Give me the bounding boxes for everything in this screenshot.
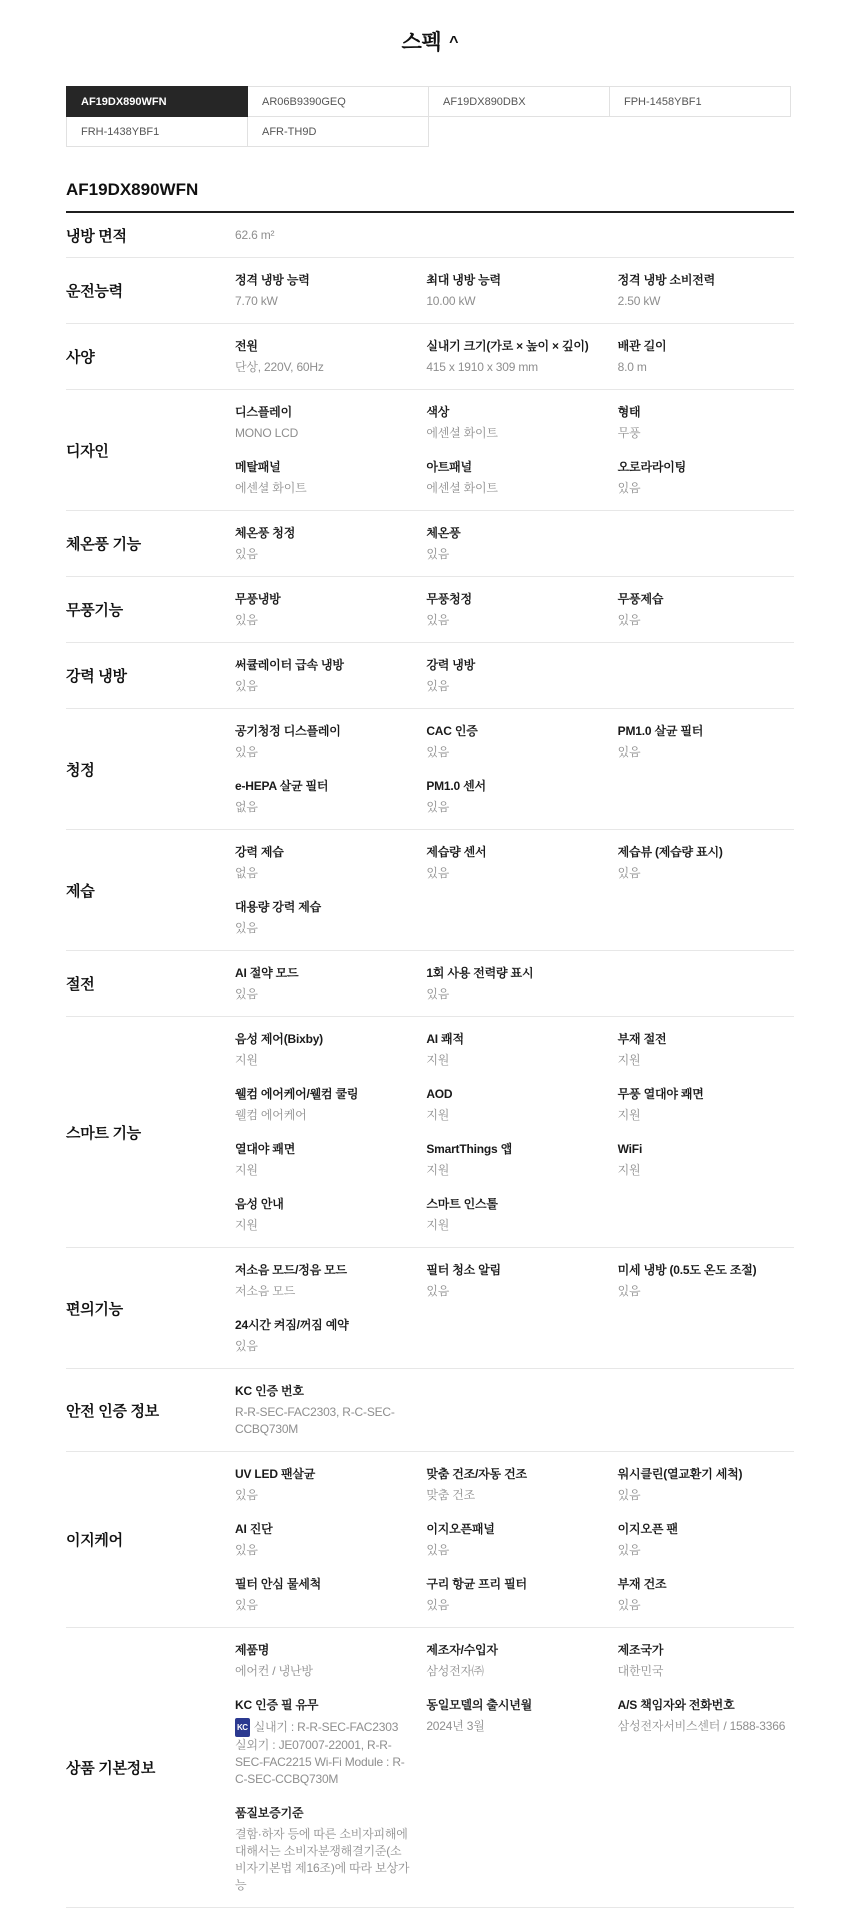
- spec-item: 구리 항균 프리 필터 있음: [426, 1567, 602, 1622]
- spec-item: e-HEPA 살균 필터 없음: [235, 769, 411, 824]
- spec-item-value: 있음: [426, 1542, 602, 1559]
- spec-item: 필터 청소 알림 있음: [426, 1253, 602, 1308]
- spec-item-label: 제습뷰 (제습량 표시): [618, 844, 794, 860]
- spec-item: KC 인증 필 유무 KC실내기 : R-R-SEC-FAC2303 실외기 :…: [235, 1688, 411, 1796]
- spec-item-label: UV LED 팬살균: [235, 1466, 411, 1482]
- spec-item-label: CAC 인증: [426, 723, 602, 739]
- kc-certification-icon: KC: [235, 1718, 250, 1737]
- spec-item-value: 에센셜 화이트: [426, 480, 602, 497]
- spec-section-row: 절전 AI 절약 모드 있음 1회 사용 전력량 표시 있음: [66, 951, 794, 1017]
- spec-item: PM1.0 살균 필터 있음: [618, 714, 794, 769]
- spec-item-value: 있음: [618, 1487, 794, 1504]
- spec-section-row: 스마트 기능 음성 제어(Bixby) 지원 AI 쾌적 지원 부재 절전 지원…: [66, 1017, 794, 1248]
- spec-item: AI 진단 있음: [235, 1512, 411, 1567]
- model-tab-label: AFR-TH9D: [262, 126, 316, 138]
- spec-item: WiFi 지원: [618, 1132, 794, 1187]
- spec-item-label: 부재 건조: [618, 1576, 794, 1592]
- spec-items: UV LED 팬살균 있음 맞춤 건조/자동 건조 맞춤 건조 워시클린(열교환…: [235, 1457, 794, 1622]
- spec-item-label: 제습량 센서: [426, 844, 602, 860]
- spec-section-row: 체온풍 기능 체온풍 청정 있음 체온풍 있음: [66, 511, 794, 577]
- spec-section-row: 무풍기능 무풍냉방 있음 무풍청정 있음 무풍제습 있음: [66, 577, 794, 643]
- spec-item-label: 써큘레이터 급속 냉방: [235, 657, 411, 673]
- spec-item-label: 1회 사용 전력량 표시: [426, 965, 602, 981]
- spec-item: 이지오픈패널 있음: [426, 1512, 602, 1567]
- model-tab-label: AF19DX890DBX: [443, 96, 526, 108]
- spec-item-label: 24시간 켜짐/꺼짐 예약: [235, 1317, 411, 1333]
- chevron-up-icon: ^: [449, 34, 458, 51]
- spec-item: 정격 냉방 소비전력 2.50 kW: [618, 263, 794, 318]
- spec-items: 써큘레이터 급속 냉방 있음 강력 냉방 있음: [235, 648, 794, 703]
- spec-item-label: e-HEPA 살균 필터: [235, 778, 411, 794]
- spec-item: 공기청정 디스플레이 있음: [235, 714, 411, 769]
- spec-item-value: 있음: [235, 986, 411, 1003]
- spec-item-label: 디스플레이: [235, 404, 411, 420]
- spec-section-label: 디자인: [66, 395, 235, 505]
- spec-item: 음성 안내 지원: [235, 1187, 411, 1242]
- spec-section-label: 운전능력: [66, 263, 235, 318]
- spec-item: CAC 인증 있음: [426, 714, 602, 769]
- spec-item: 부재 건조 있음: [618, 1567, 794, 1622]
- spec-section-label: 체온풍 기능: [66, 516, 235, 571]
- spec-items: 공기청정 디스플레이 있음 CAC 인증 있음 PM1.0 살균 필터 있음 e…: [235, 714, 794, 824]
- spec-item-value: 맞춤 건조: [426, 1487, 602, 1504]
- spec-item-label: 메탈패널: [235, 459, 411, 475]
- spec-item: 62.6 m²: [235, 218, 411, 252]
- spec-item-label: 전원: [235, 338, 411, 354]
- spec-item: 제습뷰 (제습량 표시) 있음: [618, 835, 794, 890]
- spec-item: 무풍냉방 있음: [235, 582, 411, 637]
- spec-item: 열대야 쾌면 지원: [235, 1132, 411, 1187]
- spec-item: AI 쾌적 지원: [426, 1022, 602, 1077]
- spec-item: 강력 제습 없음: [235, 835, 411, 890]
- spec-item: 체온풍 청정 있음: [235, 516, 411, 571]
- spec-item-label: AI 절약 모드: [235, 965, 411, 981]
- spec-item-label: 무풍냉방: [235, 591, 411, 607]
- model-tab-label: AR06B9390GEQ: [262, 96, 346, 108]
- spec-section-label: 편의기능: [66, 1253, 235, 1363]
- spec-item-label: 필터 안심 물세척: [235, 1576, 411, 1592]
- spec-item-value: 지원: [426, 1107, 602, 1124]
- spec-item-value: 에센셜 화이트: [235, 480, 411, 497]
- spec-item: 배관 길이 8.0 m: [618, 329, 794, 384]
- spec-item-label: SmartThings 앱: [426, 1141, 602, 1157]
- spec-item-label: 배관 길이: [618, 338, 794, 354]
- spec-items: KC 인증 번호 R-R-SEC-FAC2303, R-C-SEC-CCBQ73…: [235, 1374, 794, 1446]
- spec-item-value: R-R-SEC-FAC2303, R-C-SEC-CCBQ730M: [235, 1404, 411, 1438]
- spec-items: AI 절약 모드 있음 1회 사용 전력량 표시 있음: [235, 956, 794, 1011]
- spec-item: 음성 제어(Bixby) 지원: [235, 1022, 411, 1077]
- tab-AFR-TH9D[interactable]: AFR-TH9D: [247, 116, 429, 147]
- page-title: 스펙: [402, 31, 442, 54]
- spec-item-value: 지원: [426, 1162, 602, 1179]
- spec-item: 제조국가 대한민국: [618, 1633, 794, 1688]
- spec-item-value: 있음: [426, 1597, 602, 1614]
- spec-item-label: 저소음 모드/정음 모드: [235, 1262, 411, 1278]
- spec-item-value: 있음: [235, 1487, 411, 1504]
- spec-item: 무풍제습 있음: [618, 582, 794, 637]
- spec-item-value: 삼성전자㈜: [426, 1663, 602, 1680]
- spec-item-value: 있음: [426, 1283, 602, 1300]
- spec-item: 필터 안심 물세척 있음: [235, 1567, 411, 1622]
- tab-AF19DX890WFN[interactable]: AF19DX890WFN: [66, 86, 248, 117]
- spec-item-value: 415 x 1910 x 309 mm: [426, 359, 602, 376]
- spec-item: 미세 냉방 (0.5도 온도 조절) 있음: [618, 1253, 794, 1308]
- spec-item: 이지오픈 팬 있음: [618, 1512, 794, 1567]
- spec-item-label: PM1.0 살균 필터: [618, 723, 794, 739]
- spec-item-label: 제조자/수입자: [426, 1642, 602, 1658]
- spec-section-label: 절전: [66, 956, 235, 1011]
- spec-section-label: 안전 인증 정보: [66, 1374, 235, 1446]
- spec-item-value: 있음: [618, 612, 794, 629]
- spec-item-value: 있음: [235, 678, 411, 695]
- spec-item-label: KC 인증 필 유무: [235, 1697, 411, 1713]
- spec-item-value: 있음: [618, 1283, 794, 1300]
- spec-item: SmartThings 앱 지원: [426, 1132, 602, 1187]
- spec-item-label: 제품명: [235, 1642, 411, 1658]
- spec-item: 부재 절전 지원: [618, 1022, 794, 1077]
- spec-item-label: 워시클린(열교환기 세척): [618, 1466, 794, 1482]
- spec-item-value: 지원: [618, 1107, 794, 1124]
- model-tab-label: FRH-1438YBF1: [81, 126, 159, 138]
- spec-items: 전원 단상, 220V, 60Hz 실내기 크기(가로 × 높이 × 깊이) 4…: [235, 329, 794, 384]
- spec-section-row: 냉방 면적 62.6 m²: [66, 213, 794, 258]
- spec-item-label: 미세 냉방 (0.5도 온도 조절): [618, 1262, 794, 1278]
- spec-section-row: 안전 인증 정보 KC 인증 번호 R-R-SEC-FAC2303, R-C-S…: [66, 1369, 794, 1452]
- spec-item-label: 품질보증기준: [235, 1805, 411, 1821]
- spec-item-label: 스마트 인스톨: [426, 1196, 602, 1212]
- spec-item-value: MONO LCD: [235, 425, 411, 442]
- spec-item-label: AI 진단: [235, 1521, 411, 1537]
- spec-items: 체온풍 청정 있음 체온풍 있음: [235, 516, 794, 571]
- spec-section-label: 강력 냉방: [66, 648, 235, 703]
- model-tab-label: AF19DX890WFN: [81, 96, 167, 108]
- spec-item: 대용량 강력 제습 있음: [235, 890, 411, 945]
- spec-item-value: 있음: [235, 1338, 411, 1355]
- spec-item: 강력 냉방 있음: [426, 648, 602, 703]
- spec-item-label: 무풍 열대야 쾌면: [618, 1086, 794, 1102]
- spec-item-label: WiFi: [618, 1141, 794, 1157]
- model-heading: AF19DX890WFN: [66, 168, 794, 213]
- spec-item-label: 열대야 쾌면: [235, 1141, 411, 1157]
- spec-item-label: 대용량 강력 제습: [235, 899, 411, 915]
- spec-item: 동일모델의 출시년월 2024년 3월: [426, 1688, 602, 1796]
- spec-item-value: 단상, 220V, 60Hz: [235, 359, 411, 376]
- spec-item-value: 있음: [426, 865, 602, 882]
- spec-item-value: 있음: [618, 865, 794, 882]
- spec-item-value: 있음: [618, 480, 794, 497]
- spec-page: 스펙^ AF19DX890WFN AR06B9390GEQ AF19DX890D…: [0, 0, 860, 1928]
- spec-item-value: 에어컨 / 냉난방: [235, 1663, 411, 1680]
- spec-item-value: 웰컴 에어케어: [235, 1107, 411, 1124]
- spec-item-value: 있음: [426, 799, 602, 816]
- spec-item-value: 삼성전자서비스센터 / 1588-3366: [618, 1718, 794, 1735]
- spec-item-label: 실내기 크기(가로 × 높이 × 깊이): [426, 338, 602, 354]
- spec-item-label: 정격 냉방 소비전력: [618, 272, 794, 288]
- spec-section-row: 청정 공기청정 디스플레이 있음 CAC 인증 있음 PM1.0 살균 필터 있…: [66, 709, 794, 830]
- spec-item-value: 있음: [426, 612, 602, 629]
- spec-item-value: 저소음 모드: [235, 1283, 411, 1300]
- spec-item-label: 정격 냉방 능력: [235, 272, 411, 288]
- spec-item-value: 2.50 kW: [618, 293, 794, 310]
- tab-FPH-1458YBF1[interactable]: FPH-1458YBF1: [609, 86, 791, 117]
- spec-item: 품질보증기준 결함·하자 등에 따른 소비자피해에 대해서는 소비자분쟁해결기준…: [235, 1796, 411, 1902]
- spec-items: 정격 냉방 능력 7.70 kW 최대 냉방 능력 10.00 kW 정격 냉방…: [235, 263, 794, 318]
- spec-item-label: 체온풍: [426, 525, 602, 541]
- spec-item: PM1.0 센서 있음: [426, 769, 602, 824]
- spec-item-label: 무풍제습: [618, 591, 794, 607]
- spec-item-label: 아트패널: [426, 459, 602, 475]
- spec-item: 아트패널 에센셜 화이트: [426, 450, 602, 505]
- spec-item-label: 색상: [426, 404, 602, 420]
- spec-section-label: 무풍기능: [66, 582, 235, 637]
- spec-item-label: 제조국가: [618, 1642, 794, 1658]
- spec-item: 색상 에센셜 화이트: [426, 395, 602, 450]
- spec-item-label: 부재 절전: [618, 1031, 794, 1047]
- spec-section-label: 이지케어: [66, 1457, 235, 1622]
- spec-item-label: 무풍청정: [426, 591, 602, 607]
- spec-items: 62.6 m²: [235, 218, 794, 252]
- spec-item: UV LED 팬살균 있음: [235, 1457, 411, 1512]
- spec-item-value: 없음: [235, 865, 411, 882]
- spec-item: 제품명 에어컨 / 냉난방: [235, 1633, 411, 1688]
- spec-item-value: 결함·하자 등에 따른 소비자피해에 대해서는 소비자분쟁해결기준(소비자기본법…: [235, 1826, 411, 1894]
- spec-item-label: 웰컴 에어케어/웰컴 쿨링: [235, 1086, 411, 1102]
- spec-item-value: KC실내기 : R-R-SEC-FAC2303 실외기 : JE07007-22…: [235, 1718, 411, 1788]
- spec-item-value: 있음: [235, 612, 411, 629]
- spec-item-label: PM1.0 센서: [426, 778, 602, 794]
- spec-item-label: AI 쾌적: [426, 1031, 602, 1047]
- spec-section-label: 제습: [66, 835, 235, 945]
- spec-item-label: 오로라라이팅: [618, 459, 794, 475]
- spec-item-value: 있음: [235, 546, 411, 563]
- spec-item-label: 필터 청소 알림: [426, 1262, 602, 1278]
- tab-AF19DX890DBX[interactable]: AF19DX890DBX: [428, 86, 610, 117]
- spec-item-label: A/S 책임자와 전화번호: [618, 1697, 794, 1713]
- spec-item-value: 지원: [235, 1217, 411, 1234]
- spec-items: 저소음 모드/정음 모드 저소음 모드 필터 청소 알림 있음 미세 냉방 (0…: [235, 1253, 794, 1363]
- spec-item-label: AOD: [426, 1086, 602, 1102]
- spec-item-label: 강력 제습: [235, 844, 411, 860]
- spec-section-row: 제습 강력 제습 없음 제습량 센서 있음 제습뷰 (제습량 표시) 있음 대용…: [66, 830, 794, 951]
- spec-item: A/S 책임자와 전화번호 삼성전자서비스센터 / 1588-3366: [618, 1688, 794, 1796]
- model-tabs: AF19DX890WFN AR06B9390GEQ AF19DX890DBX F…: [66, 86, 794, 146]
- spec-item: 저소음 모드/정음 모드 저소음 모드: [235, 1253, 411, 1308]
- spec-item: 1회 사용 전력량 표시 있음: [426, 956, 602, 1011]
- spec-section-label: 사양: [66, 329, 235, 384]
- spec-item-value: 지원: [235, 1162, 411, 1179]
- spec-item: 실내기 크기(가로 × 높이 × 깊이) 415 x 1910 x 309 mm: [426, 329, 602, 384]
- spec-item-label: 음성 안내: [235, 1196, 411, 1212]
- spec-item-label: 형태: [618, 404, 794, 420]
- spec-section-row: 강력 냉방 써큘레이터 급속 냉방 있음 강력 냉방 있음: [66, 643, 794, 709]
- spec-section-row: 디자인 디스플레이 MONO LCD 색상 에센셜 화이트 형태 무풍 메탈패널…: [66, 390, 794, 511]
- spec-item-value: 있음: [235, 1597, 411, 1614]
- spec-item: AOD 지원: [426, 1077, 602, 1132]
- spec-item: 메탈패널 에센셜 화이트: [235, 450, 411, 505]
- spec-item-value: 있음: [618, 1597, 794, 1614]
- spec-item-value: 있음: [426, 744, 602, 761]
- spec-item: 체온풍 있음: [426, 516, 602, 571]
- spec-section-row: 편의기능 저소음 모드/정음 모드 저소음 모드 필터 청소 알림 있음 미세 …: [66, 1248, 794, 1369]
- spec-item-label: 체온풍 청정: [235, 525, 411, 541]
- spec-table: 냉방 면적 62.6 m² 운전능력 정격 냉방 능력 7.70 kW 최대 냉…: [66, 213, 794, 1908]
- spec-item: 전원 단상, 220V, 60Hz: [235, 329, 411, 384]
- spec-item-value: 있음: [235, 744, 411, 761]
- spec-item-label: 음성 제어(Bixby): [235, 1031, 411, 1047]
- spec-item-value: 있음: [426, 986, 602, 1003]
- spec-item-value: 있음: [618, 1542, 794, 1559]
- spec-item-label: 이지오픈패널: [426, 1521, 602, 1537]
- spec-item-value: 지원: [618, 1162, 794, 1179]
- spec-item-value: 무풍: [618, 425, 794, 442]
- spec-item: KC 인증 번호 R-R-SEC-FAC2303, R-C-SEC-CCBQ73…: [235, 1374, 411, 1446]
- spec-item-value: 8.0 m: [618, 359, 794, 376]
- spec-item: 써큘레이터 급속 냉방 있음: [235, 648, 411, 703]
- spec-item-label: 이지오픈 팬: [618, 1521, 794, 1537]
- spec-item-value: 10.00 kW: [426, 293, 602, 310]
- spec-item: 워시클린(열교환기 세척) 있음: [618, 1457, 794, 1512]
- spec-item: 무풍청정 있음: [426, 582, 602, 637]
- spec-item: 정격 냉방 능력 7.70 kW: [235, 263, 411, 318]
- spec-section-label: 청정: [66, 714, 235, 824]
- spec-item: 최대 냉방 능력 10.00 kW: [426, 263, 602, 318]
- spec-item-value: 2024년 3월: [426, 1718, 602, 1735]
- spec-item-value: 대한민국: [618, 1663, 794, 1680]
- spec-item-label: 공기청정 디스플레이: [235, 723, 411, 739]
- spec-item-value: 있음: [426, 546, 602, 563]
- tab-FRH-1438YBF1[interactable]: FRH-1438YBF1: [66, 116, 248, 147]
- spec-item-label: 강력 냉방: [426, 657, 602, 673]
- spec-item-value: 7.70 kW: [235, 293, 411, 310]
- spec-section-label: 스마트 기능: [66, 1022, 235, 1242]
- spec-item-value: 없음: [235, 799, 411, 816]
- spec-item-label: 맞춤 건조/자동 건조: [426, 1466, 602, 1482]
- spec-item-value: 있음: [618, 744, 794, 761]
- spec-section-row: 이지케어 UV LED 팬살균 있음 맞춤 건조/자동 건조 맞춤 건조 워시클…: [66, 1452, 794, 1628]
- spec-item: 오로라라이팅 있음: [618, 450, 794, 505]
- spec-item: 맞춤 건조/자동 건조 맞춤 건조: [426, 1457, 602, 1512]
- spec-item: 형태 무풍: [618, 395, 794, 450]
- spec-item-value: 62.6 m²: [235, 227, 411, 244]
- spec-item-label: 최대 냉방 능력: [426, 272, 602, 288]
- spec-items: 음성 제어(Bixby) 지원 AI 쾌적 지원 부재 절전 지원 웰컴 에어케…: [235, 1022, 794, 1242]
- spec-item-value: 지원: [426, 1217, 602, 1234]
- spec-item-value: 지원: [426, 1052, 602, 1069]
- spec-items: 제품명 에어컨 / 냉난방 제조자/수입자 삼성전자㈜ 제조국가 대한민국 KC…: [235, 1633, 794, 1902]
- spec-item: 제습량 센서 있음: [426, 835, 602, 890]
- spec-item-value: 있음: [235, 920, 411, 937]
- spec-item: 24시간 켜짐/꺼짐 예약 있음: [235, 1308, 411, 1363]
- spec-items: 디스플레이 MONO LCD 색상 에센셜 화이트 형태 무풍 메탈패널 에센셜…: [235, 395, 794, 505]
- spec-item: 디스플레이 MONO LCD: [235, 395, 411, 450]
- spec-item-label: 구리 항균 프리 필터: [426, 1576, 602, 1592]
- spec-item-label: 동일모델의 출시년월: [426, 1697, 602, 1713]
- spec-item: 제조자/수입자 삼성전자㈜: [426, 1633, 602, 1688]
- spec-item-value: 에센셜 화이트: [426, 425, 602, 442]
- spec-section-row: 사양 전원 단상, 220V, 60Hz 실내기 크기(가로 × 높이 × 깊이…: [66, 324, 794, 390]
- spec-section-toggle[interactable]: 스펙^: [66, 0, 794, 86]
- tab-AR06B9390GEQ[interactable]: AR06B9390GEQ: [247, 86, 429, 117]
- spec-items: 강력 제습 없음 제습량 센서 있음 제습뷰 (제습량 표시) 있음 대용량 강…: [235, 835, 794, 945]
- spec-item: AI 절약 모드 있음: [235, 956, 411, 1011]
- spec-item-value: 지원: [618, 1052, 794, 1069]
- spec-item: 스마트 인스톨 지원: [426, 1187, 602, 1242]
- spec-item-value: 있음: [235, 1542, 411, 1559]
- spec-item: 웰컴 에어케어/웰컴 쿨링 웰컴 에어케어: [235, 1077, 411, 1132]
- spec-section-row: 운전능력 정격 냉방 능력 7.70 kW 최대 냉방 능력 10.00 kW …: [66, 258, 794, 324]
- spec-item: 무풍 열대야 쾌면 지원: [618, 1077, 794, 1132]
- spec-item-value: 있음: [426, 678, 602, 695]
- spec-items: 무풍냉방 있음 무풍청정 있음 무풍제습 있음: [235, 582, 794, 637]
- spec-section-row: 상품 기본정보 제품명 에어컨 / 냉난방 제조자/수입자 삼성전자㈜ 제조국가…: [66, 1628, 794, 1908]
- spec-item-label: KC 인증 번호: [235, 1383, 411, 1399]
- spec-section-label: 냉방 면적: [66, 218, 235, 252]
- model-tab-label: FPH-1458YBF1: [624, 96, 702, 108]
- spec-section-label: 상품 기본정보: [66, 1633, 235, 1902]
- spec-item-value: 지원: [235, 1052, 411, 1069]
